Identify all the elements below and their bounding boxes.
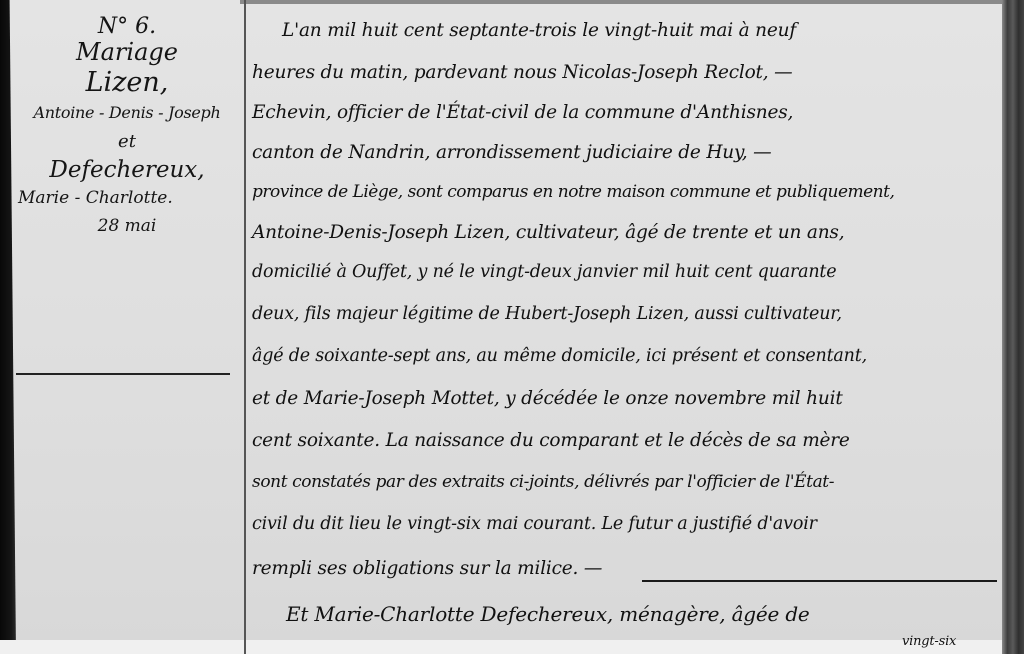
groom-given-names: Antoine - Denis - Joseph — [14, 104, 240, 122]
page-bottom-edge — [0, 640, 1002, 654]
body-line-9: âgé de soixante-sept ans, au même domici… — [252, 346, 867, 366]
bride-surname: Defechereux, — [14, 157, 240, 183]
body-line-5: province de Liège, sont comparus en notr… — [252, 182, 894, 202]
bride-given-names: Marie - Charlotte. — [14, 189, 240, 209]
margin-divider-line — [244, 0, 246, 654]
body-line-15: Et Marie-Charlotte Defechereux, ménagère… — [286, 602, 810, 626]
groom-surname: Lizen, — [14, 67, 240, 98]
body-line-7: domicilié à Ouffet, y né le vingt-deux j… — [252, 262, 836, 282]
record-number: N° 6. — [14, 14, 240, 39]
body-line-13: civil du dit lieu le vingt-six mai coura… — [252, 514, 817, 534]
body-line-6: Antoine-Denis-Joseph Lizen, cultivateur,… — [252, 222, 844, 243]
record-type: Mariage — [14, 39, 240, 67]
record-date: 28 mai — [14, 217, 240, 237]
line-filler-rule — [642, 580, 997, 582]
body-line-1: L'an mil huit cent septante-trois le vin… — [282, 20, 796, 41]
document-page: N° 6. Mariage Lizen, Antoine - Denis - J… — [0, 0, 1024, 654]
book-binding — [1002, 0, 1024, 654]
body-line-3: Echevin, officier de l'État-civil de la … — [252, 102, 793, 123]
body-line-10: et de Marie-Joseph Mottet, y décédée le … — [252, 388, 843, 409]
body-line-4: canton de Nandrin, arrondissement judici… — [252, 142, 771, 163]
body-line-12: sont constatés par des extraits ci-joint… — [252, 472, 834, 492]
margin-end-rule — [16, 373, 230, 375]
margin-annotation: N° 6. Mariage Lizen, Antoine - Denis - J… — [14, 10, 240, 237]
body-line-14: rempli ses obligations sur la milice. — — [252, 558, 602, 579]
body-line-2: heures du matin, pardevant nous Nicolas-… — [252, 62, 792, 83]
conjunction: et — [14, 132, 240, 153]
body-line-11: cent soixante. La naissance du comparant… — [252, 430, 850, 451]
continuation-fragment: vingt-six — [902, 634, 956, 649]
page-top-edge — [240, 0, 1010, 4]
body-line-8: deux, fils majeur légitime de Hubert-Jos… — [252, 304, 842, 324]
